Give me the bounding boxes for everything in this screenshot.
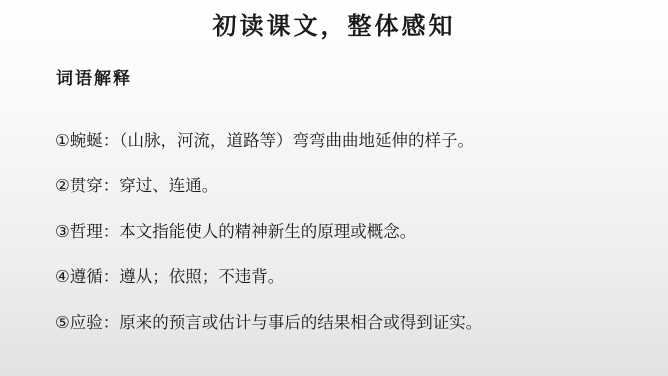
vocabulary-item: ①蜿蜒：（山脉，河流，道路等）弯弯曲曲地延伸的样子。 xyxy=(55,127,474,151)
item-definition: 穿过、连通。 xyxy=(119,176,218,195)
item-definition: （山脉，河流，道路等）弯弯曲曲地延伸的样子。 xyxy=(119,131,474,150)
item-marker: ④ xyxy=(55,267,70,286)
item-marker: ⑤ xyxy=(55,313,70,332)
item-marker: ③ xyxy=(55,222,70,241)
section-heading: 词语解释 xyxy=(56,64,132,89)
vocabulary-item: ③哲理：本文指能使人的精神新生的原理或概念。 xyxy=(55,218,416,242)
item-term: 蜿蜒 xyxy=(70,131,103,150)
item-term: 贯穿 xyxy=(70,176,103,195)
item-marker: ① xyxy=(55,131,70,150)
item-term: 应验 xyxy=(70,313,103,332)
slide-title: 初读课文，整体感知 xyxy=(0,6,668,41)
item-definition: 本文指能使人的精神新生的原理或概念。 xyxy=(119,222,416,241)
item-separator: ： xyxy=(103,313,120,332)
item-separator: ： xyxy=(103,131,120,150)
vocabulary-item: ⑤应验：原来的预言或估计与事后的结果相合或得到证实。 xyxy=(55,309,482,333)
item-separator: ： xyxy=(103,176,120,195)
item-separator: ： xyxy=(103,222,120,241)
item-term: 遵循 xyxy=(70,267,103,286)
item-definition: 遵从；依照；不违背。 xyxy=(119,267,284,286)
vocabulary-item: ②贯穿：穿过、连通。 xyxy=(55,172,218,196)
vocabulary-item: ④遵循：遵从；依照；不违背。 xyxy=(55,263,284,287)
item-term: 哲理 xyxy=(70,222,103,241)
item-separator: ： xyxy=(103,267,120,286)
item-marker: ② xyxy=(55,176,70,195)
item-definition: 原来的预言或估计与事后的结果相合或得到证实。 xyxy=(119,313,482,332)
